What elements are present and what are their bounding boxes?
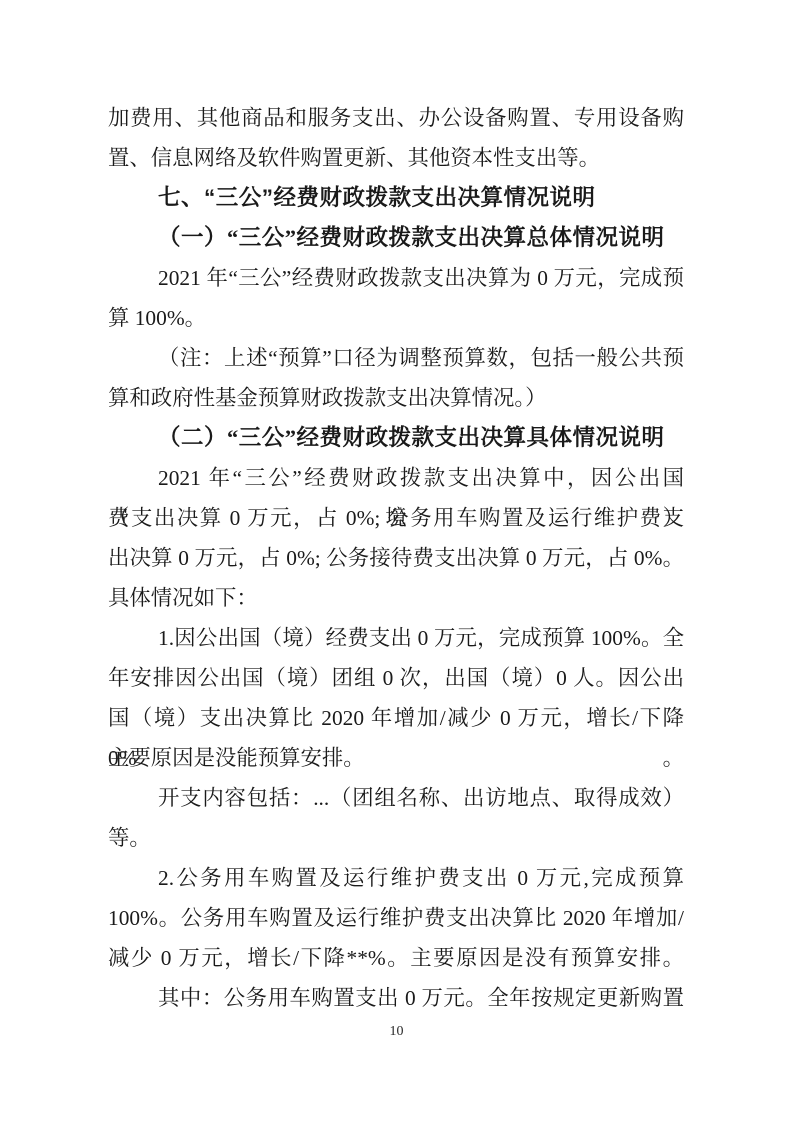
text-line: 算 100%。 [108,298,684,338]
text-line: 算和政府性基金预算财政拨款支出决算情况。） [108,378,684,418]
text-line: 2021 年“三公”经费财政拨款支出决算中，因公出国（境） [108,458,684,498]
text-line: 减少 0 万元，增长/下降**%。主要原因是没有预算安排。 [108,938,684,978]
page-number: 10 [390,1024,404,1039]
text-line: 加费用、其他商品和服务支出、办公设备购置、专用设备购 [108,98,684,138]
text-line: 100%。公务用车购置及运行维护费支出决算比 2020 年增加/ [108,898,684,938]
text-line: 具体情况如下： [108,578,684,618]
text-line: 费支出决算 0 万元，占 0%; 公务用车购置及运行维护费支 [108,498,684,538]
text-line: 1.因公出国（境）经费支出 0 万元，完成预算 100%。全 [108,618,684,658]
text-line: 其中：公务用车购置支出 0 万元。全年按规定更新购置 [108,978,684,1018]
text-line: 置、信息网络及软件购置更新、其他资本性支出等。 [108,138,684,178]
text-line: 开支内容包括：...（团组名称、出访地点、取得成效） [108,778,684,818]
document-page: 加费用、其他商品和服务支出、办公设备购置、专用设备购 置、信息网络及软件购置更新… [0,0,793,1122]
text-line: 出决算 0 万元，占 0%; 公务接待费支出决算 0 万元，占 0%。 [108,538,684,578]
text-line: （注：上述“预算”口径为调整预算数，包括一般公共预 [108,338,684,378]
text-line: 国（境）支出决算比 2020 年增加/减少 0 万元，增长/下降 0%。 [108,698,684,738]
subsection-heading: （一）“三公”经费财政拨款支出决算总体情况说明 [108,218,684,258]
document-body: 加费用、其他商品和服务支出、办公设备购置、专用设备购 置、信息网络及软件购置更新… [108,98,684,1018]
subsection-heading: （二）“三公”经费财政拨款支出决算具体情况说明 [108,418,684,458]
text-line: 2021 年“三公”经费财政拨款支出决算为 0 万元，完成预 [108,258,684,298]
text-line: 年安排因公出国（境）团组 0 次，出国（境）0 人。因公出 [108,658,684,698]
text-line: 2.公务用车购置及运行维护费支出 0 万元,完成预算 [108,858,684,898]
page-footer: 10 [0,1022,793,1040]
text-line: 等。 [108,818,684,858]
section-heading: 七、“三公”经费财政拨款支出决算情况说明 [108,178,684,218]
